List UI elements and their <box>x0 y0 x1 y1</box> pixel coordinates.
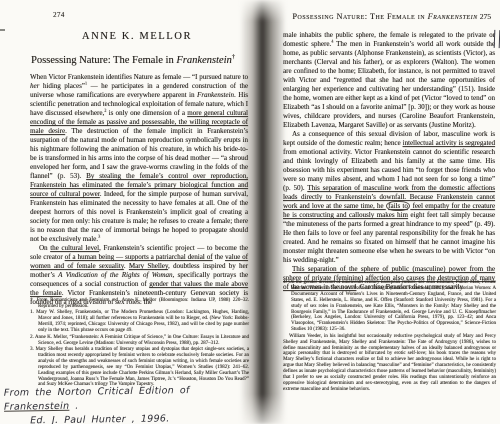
page-number-left: 274 <box>53 11 65 19</box>
essay-author: ANNE K. MELLOR <box>26 31 248 42</box>
footnote-source: † From Romanticism and Feminism, ed. Ann… <box>30 298 249 310</box>
paragraph-continuation: male inhabits the public sphere, the fem… <box>283 31 495 130</box>
paragraph: When Victor Frankenstein identifies Natu… <box>30 73 248 244</box>
footnote-3: 3. Mary Shelley thus heralds a tradition… <box>30 347 249 388</box>
pen-margin-mark <box>494 30 500 48</box>
right-page: Possessing Nature: The Female in Franken… <box>250 0 500 424</box>
paragraph: As a consequence of this sexual division… <box>283 130 495 265</box>
handwritten-line: From the Norton Critical Edition of Fran… <box>4 383 250 414</box>
left-footnotes: † From Romanticism and Feminism, ed. Ann… <box>30 298 249 389</box>
scanned-book-spread: 274 ANNE K. MELLOR Possessing Nature: Th… <box>0 0 500 424</box>
footnote-2: 2. Anne K. Mellor, “Frankenstein: A Femi… <box>30 335 249 347</box>
left-body-text: When Victor Frankenstein identifies Natu… <box>30 73 248 307</box>
essay-title: Possessing Nature: The Female in Franken… <box>18 55 248 66</box>
left-page: 274 ANNE K. MELLOR Possessing Nature: Th… <box>0 0 250 424</box>
handwritten-line: Ed. J. Paul Hunter , 1996. <box>30 411 250 424</box>
scan-edge-mark <box>0 29 5 31</box>
footnote-1: 1. Mary W. Shelley, Frankenstein, or The… <box>30 310 249 334</box>
running-header: Possessing Nature: The Female in Franken… <box>282 12 488 21</box>
right-footnotes: 4. On the gender division of nineteenth-… <box>283 280 496 393</box>
right-body-text: male inhabits the public sphere, the fem… <box>283 31 495 292</box>
handwritten-note: From the Norton Critical Edition of Fran… <box>4 383 251 424</box>
page-number-right: 275 <box>480 12 491 21</box>
footnote-4-continuation: William Veeder, in his insightful but oc… <box>283 334 496 393</box>
footnote-4: 4. On the gender division of nineteenth-… <box>283 280 496 333</box>
